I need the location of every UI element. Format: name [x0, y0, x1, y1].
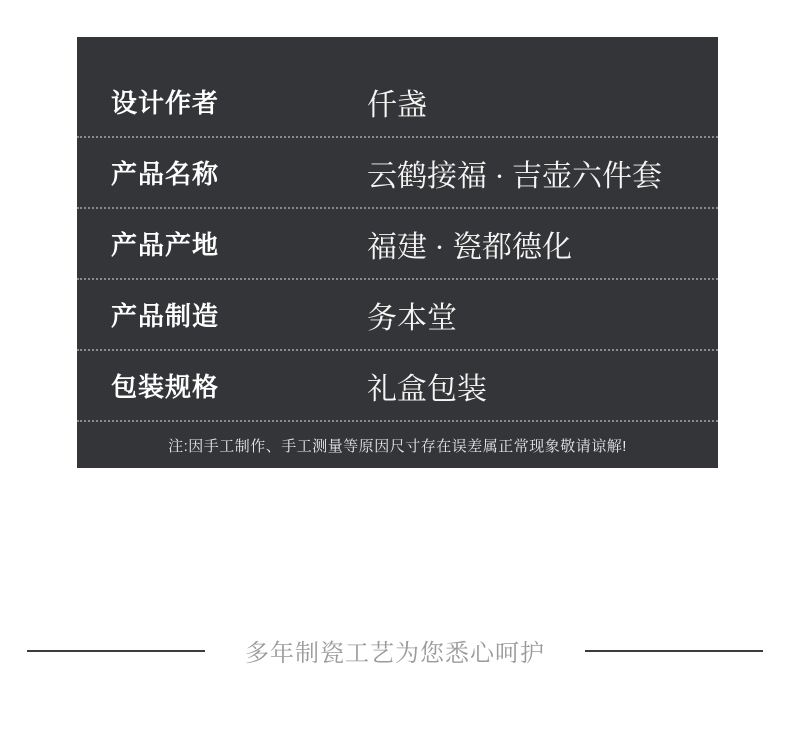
- spec-value: 云鹤接福 · 吉壶六件套: [367, 151, 662, 195]
- tagline-right-rule: [585, 650, 763, 652]
- spec-value: 仟盏: [367, 80, 427, 124]
- handmade-disclaimer-note: 注:因手工制作、手工测量等原因尺寸存在误差属正常现象敬请谅解!: [77, 422, 718, 468]
- tagline-left-rule: [27, 650, 205, 652]
- spec-label: 设计作者: [111, 83, 367, 120]
- spec-label: 产品制造: [111, 296, 367, 333]
- spec-row-product-name: 产品名称 云鹤接福 · 吉壶六件套: [77, 138, 718, 209]
- tagline-text: 多年制瓷工艺为您悉心呵护: [245, 633, 545, 668]
- spec-row-manufacturer: 产品制造 务本堂: [77, 280, 718, 351]
- product-detail-page: 设计作者 仟盏 产品名称 云鹤接福 · 吉壶六件套 产品产地 福建 · 瓷都德化…: [0, 0, 790, 737]
- spec-label: 产品名称: [111, 154, 367, 191]
- spec-row-origin: 产品产地 福建 · 瓷都德化: [77, 209, 718, 280]
- spec-row-packaging: 包装规格 礼盒包装: [77, 351, 718, 422]
- spec-row-designer: 设计作者 仟盏: [77, 67, 718, 138]
- spec-value: 福建 · 瓷都德化: [367, 222, 572, 266]
- footer-tagline: 多年制瓷工艺为您悉心呵护: [0, 633, 790, 668]
- spec-label: 产品产地: [111, 225, 367, 262]
- spec-value: 礼盒包装: [367, 364, 487, 408]
- spec-label: 包装规格: [111, 367, 367, 404]
- spec-value: 务本堂: [367, 293, 457, 337]
- product-spec-panel: 设计作者 仟盏 产品名称 云鹤接福 · 吉壶六件套 产品产地 福建 · 瓷都德化…: [77, 37, 718, 468]
